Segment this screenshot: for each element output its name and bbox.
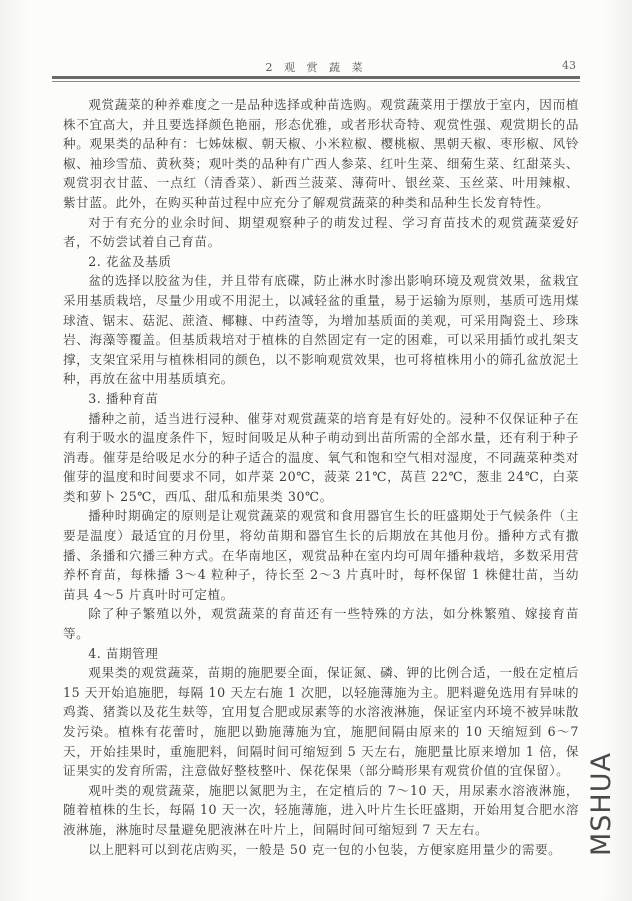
page-number: 43 [562,59,576,72]
paragraph-fruit-type-fertilizing: 观果类的观赏蔬菜，苗期的施肥要全面，保证氮、磷、钾的比例合适，一般在定植后 15… [63,663,579,781]
paragraph-variety-selection: 观赏蔬菜的种养难度之一是品种选择或种苗选购。观赏蔬菜用于摆放于室内，因而植株不宜… [63,95,579,213]
watermark-logo: MSHUA [586,766,622,856]
header-rule-thin [52,81,580,82]
paragraph-leaf-type-fertilizing: 观叶类的观赏蔬菜，施肥以氮肥为主，在定植后的 7～10 天，用尿素水溶液淋施，随… [63,781,579,840]
paragraph-sowing-period: 播种时期确定的原则是让观赏蔬菜的观赏和食用器官生长的旺盛期处于气候条件（主要是温… [63,506,579,604]
paragraph-fertilizer-purchase: 以上肥料可以到花店购买，一般是 50 克一包的小包装，方便家庭用量少的需要。 [63,840,579,860]
paragraph-soaking-germination: 播种之前，适当进行浸种、催芽对观赏蔬菜的培育是有好处的。浸种不仅保证种子在有利于… [63,409,579,507]
section-heading-seedling-management: 4. 苗期管理 [63,644,579,664]
section-heading-sowing: 3. 播种育苗 [63,389,579,409]
book-page: 2 观 赏 蔬 菜 43 观赏蔬菜的种养难度之一是品种选择或种苗选购。观赏蔬菜用… [0,0,632,901]
paragraph-pots-substrate: 盆的选择以胶盆为佳，并且带有底碟，防止淋水时渗出影响环境及观赏效果，盆栽宜采用基… [63,271,579,389]
chapter-title: 2 观 赏 蔬 菜 [52,59,580,75]
section-heading-pots-substrate: 2. 花盆及基质 [63,252,579,272]
paragraph-self-seedling: 对于有充分的业余时间、期望观察种子的萌发过程、学习育苗技术的观赏蔬菜爱好者，不妨… [63,213,579,252]
body-text: 观赏蔬菜的种养难度之一是品种选择或种苗选购。观赏蔬菜用于摆放于室内，因而植株不宜… [63,95,579,859]
running-header: 2 观 赏 蔬 菜 43 [52,59,580,75]
header-rule-thick [52,76,580,79]
paragraph-special-propagation: 除了种子繁殖以外，观赏蔬菜的育苗还有一些特殊的方法，如分株繁殖、嫁接育苗等。 [63,604,579,643]
